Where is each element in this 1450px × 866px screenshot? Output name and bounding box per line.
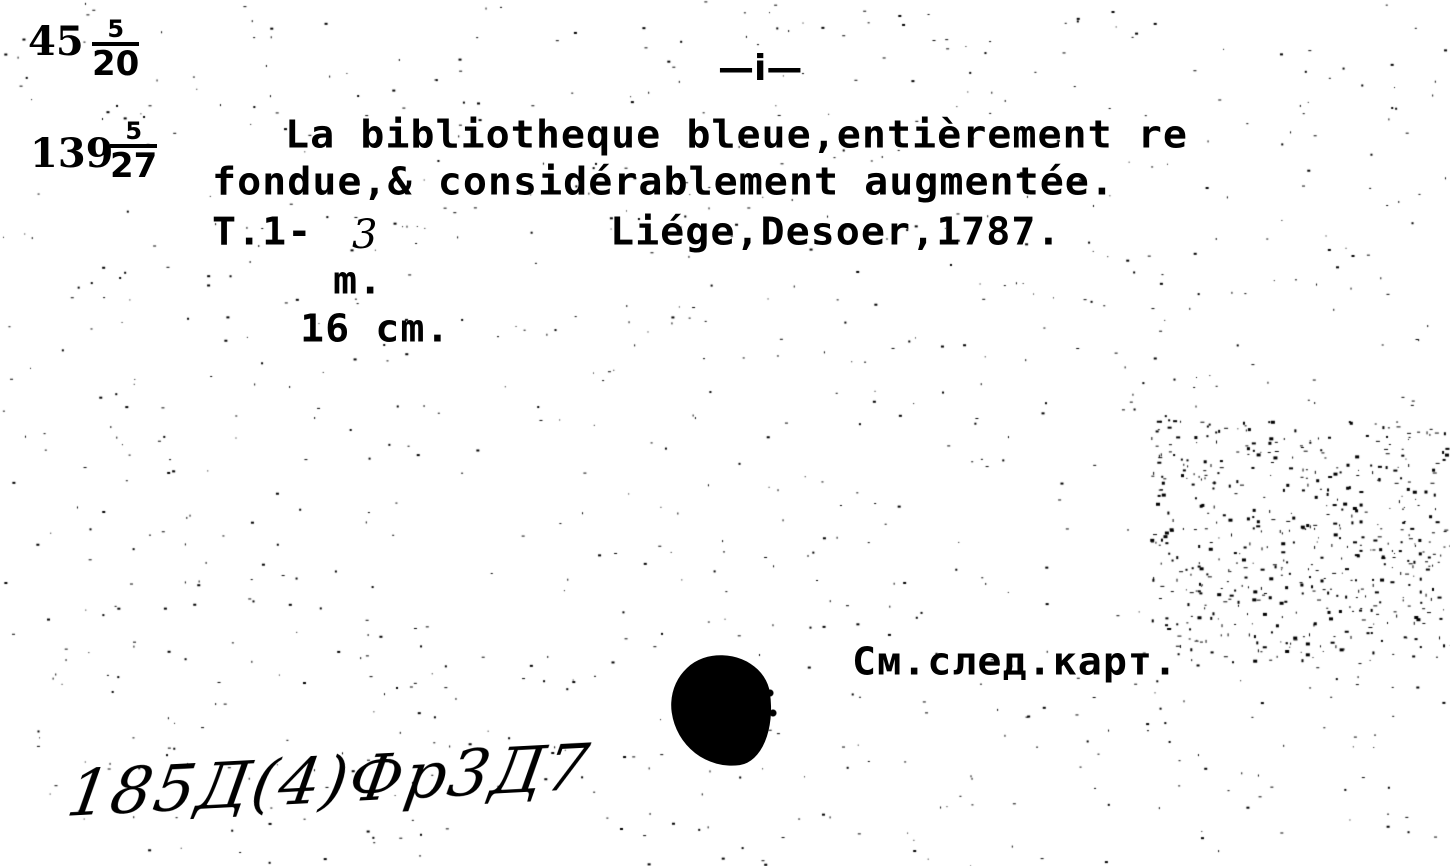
imprint: Liége,Desoer,1787.: [610, 213, 1061, 251]
volumes-typed: T.1-: [212, 213, 312, 251]
call-number-1-main: 45: [28, 18, 84, 65]
handwritten-shelfmark: 185Д(4)Фр3Д7: [62, 733, 595, 830]
call-number-2-numerator: 5: [110, 118, 157, 148]
ink-blot-fringe: [752, 665, 782, 745]
title-line-1: La bibliotheque bleue,entièrement re: [285, 116, 1188, 154]
call-number-2-fraction: 5 27: [110, 118, 157, 184]
page-mark: —i—: [718, 48, 802, 89]
call-number-2-main: 139: [30, 130, 114, 177]
catalog-card: 45 5 20 139 5 27 —i— La bibliotheque ble…: [0, 0, 1450, 866]
cross-reference: См.след.карт.: [852, 643, 1178, 681]
format-line: m.: [333, 262, 383, 300]
volumes-handwritten: 3: [352, 212, 377, 258]
call-number-1-denominator: 20: [92, 46, 139, 82]
call-number-1-numerator: 5: [92, 16, 139, 46]
title-line-2: fondue,& considérablement augmentée.: [212, 163, 1115, 201]
call-number-2-denominator: 27: [110, 148, 157, 184]
size-line: 16 cm.: [300, 310, 451, 348]
call-number-1-fraction: 5 20: [92, 16, 139, 82]
